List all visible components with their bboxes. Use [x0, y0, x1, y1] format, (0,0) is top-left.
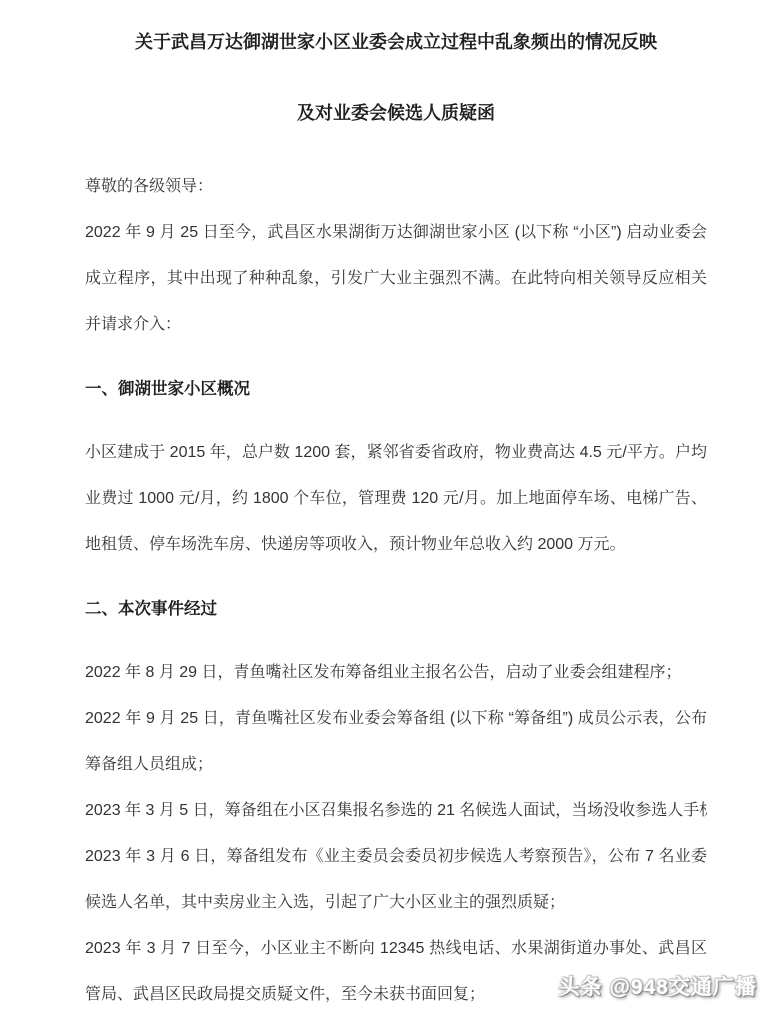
section-body: 小区建成于 2015 年，总户数 1200 套，紧邻省委省政府，物业费高达 4.… [85, 430, 707, 568]
body-line: 2022 年 9 月 25 日至今，武昌区水果湖街万达御湖世家小区 (以下称 “… [85, 210, 707, 256]
section-heading: 一、御湖世家小区概况 [85, 366, 707, 412]
body-line: 业费过 1000 元/月，约 1800 个车位，管理费 120 元/月。加上地面… [85, 476, 707, 522]
section-1: 一、御湖世家小区概况小区建成于 2015 年，总户数 1200 套，紧邻省委省政… [85, 366, 707, 568]
watermark: 头条 @948交通广播 [559, 971, 757, 1001]
body-line: 2022 年 8 月 29 日，青鱼嘴社区发布筹备组业主报名公告，启动了业委会组… [85, 650, 707, 696]
section-body: 2022 年 8 月 29 日，青鱼嘴社区发布筹备组业主报名公告，启动了业委会组… [85, 650, 707, 1012]
complaint-letter: 关于武昌万达御湖世家小区业委会成立过程中乱象频出的情况反映及对业委会候选人质疑函… [85, 0, 707, 1012]
body-line: 小区建成于 2015 年，总户数 1200 套，紧邻省委省政府，物业费高达 4.… [85, 430, 707, 476]
sections: 一、御湖世家小区概况小区建成于 2015 年，总户数 1200 套，紧邻省委省政… [85, 366, 707, 1012]
greeting-line: 尊敬的各级领导： [85, 164, 707, 210]
body-line: 2023 年 3 月 7 日至今，小区业主不断向 12345 热线电话、水果湖街… [85, 926, 707, 972]
intro-paragraph: 2022 年 9 月 25 日至今，武昌区水果湖街万达御湖世家小区 (以下称 “… [85, 210, 707, 348]
body-line: 并请求介入： [85, 302, 707, 348]
document-title: 关于武昌万达御湖世家小区业委会成立过程中乱象频出的情况反映及对业委会候选人质疑函 [85, 27, 707, 128]
body-line: 2023 年 3 月 5 日，筹备组在小区召集报名参选的 21 名候选人面试，当… [85, 788, 707, 834]
title-line-2: 及对业委会候选人质疑函 [85, 98, 707, 128]
body-line: 地租赁、停车场洗车房、快递房等项收入，预计物业年总收入约 2000 万元。 [85, 522, 707, 568]
body-line: 2022 年 9 月 25 日，青鱼嘴社区发布业委会筹备组 (以下称 “筹备组”… [85, 696, 707, 742]
body-line: 2023 年 3 月 6 日，筹备组发布《业主委员会委员初步候选人考察预告》，公… [85, 834, 707, 880]
body-line: 筹备组人员组成； [85, 742, 707, 788]
section-2: 二、本次事件经过2022 年 8 月 29 日，青鱼嘴社区发布筹备组业主报名公告… [85, 586, 707, 1012]
section-heading: 二、本次事件经过 [85, 586, 707, 632]
title-line-1: 关于武昌万达御湖世家小区业委会成立过程中乱象频出的情况反映 [85, 27, 707, 57]
body-line: 成立程序，其中出现了种种乱象，引发广大业主强烈不满。在此特向相关领导反应相关情况… [85, 256, 707, 302]
body-line: 候选人名单，其中卖房业主入选，引起了广大小区业主的强烈质疑； [85, 880, 707, 926]
